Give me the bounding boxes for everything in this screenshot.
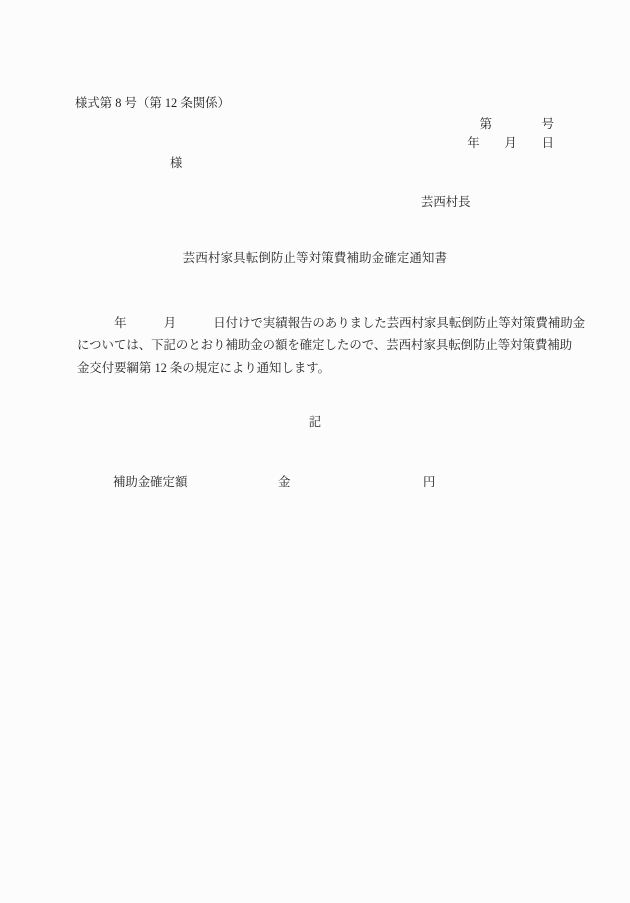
amount-label: 補助金確定額	[113, 475, 187, 490]
record-marker: 記	[0, 415, 630, 430]
addressee-suffix: 様	[170, 156, 182, 171]
document-page: 様式第 8 号（第 12 条関係） 第 号 年 月 日 様 芸西村長 芸西村家具…	[0, 0, 630, 903]
body-line-1: 年 月 日付けで実績報告のありました芸西村家具転倒防止等対策費補助金	[77, 312, 585, 334]
date-line: 年 月 日	[467, 136, 554, 151]
form-number: 様式第 8 号（第 12 条関係）	[75, 96, 230, 111]
document-title: 芸西村家具転倒防止等対策費補助金確定通知書	[0, 251, 630, 266]
sender-name: 芸西村長	[421, 195, 471, 210]
amount-suffix-yen: 円	[423, 475, 435, 490]
body-paragraph: 年 月 日付けで実績報告のありました芸西村家具転倒防止等対策費補助金 については…	[77, 312, 585, 379]
body-line-3: 金交付要綱第 12 条の規定により通知します。	[77, 357, 585, 379]
body-line-2: については、下記のとおり補助金の額を確定したので、芸西村家具転倒防止等対策費補助	[77, 334, 585, 356]
amount-prefix-kin: 金	[278, 475, 290, 490]
document-number-line: 第 号	[480, 117, 554, 132]
